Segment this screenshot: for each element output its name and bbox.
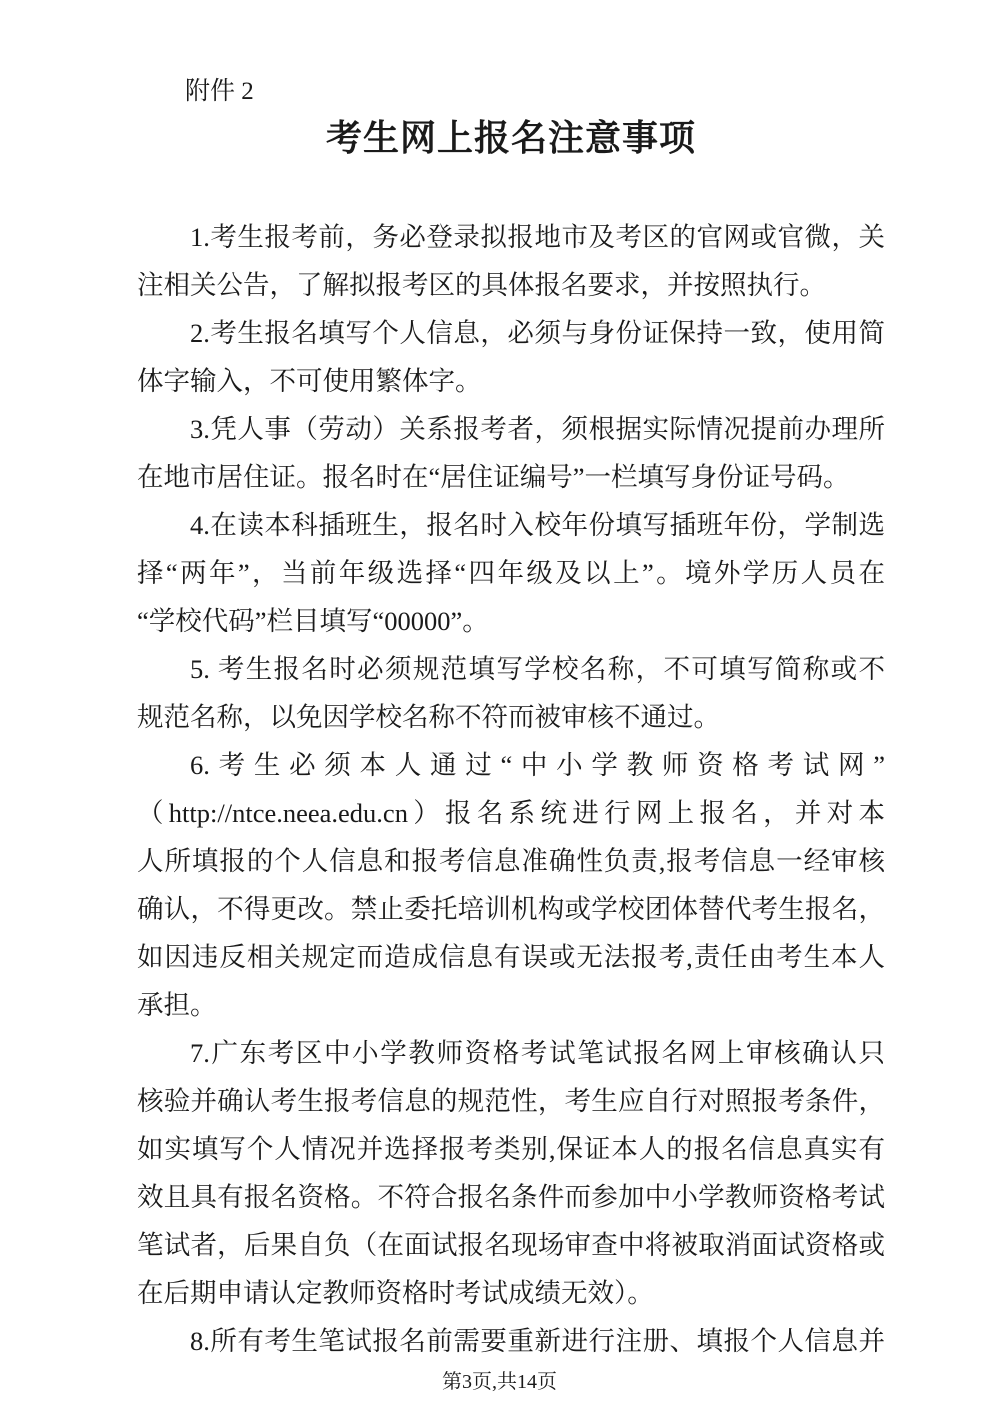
body-line-9: “学校代码”栏目填写“00000”。 [137, 597, 885, 645]
body-line-23: 在后期申请认定教师资格时考试成绩无效）。 [137, 1269, 885, 1317]
document-body: 1.考生报考前，务必登录拟报地市及考区的官网或官微，关 注相关公告，了解拟报考区… [137, 213, 885, 1365]
body-line-15: 确认，不得更改。禁止委托培训机构或学校团体替代考生报名， [137, 885, 885, 933]
body-line-7: 4.在读本科插班生，报名时入校年份填写插班年份，学制选 [137, 501, 885, 549]
body-line-17: 承担。 [137, 981, 885, 1029]
body-line-3: 2.考生报名填写个人信息，必须与身份证保持一致，使用简 [137, 309, 885, 357]
document-page: 附件 2 考生网上报名注意事项 1.考生报考前，务必登录拟报地市及考区的官网或官… [0, 0, 999, 1412]
body-line-8: 择“两年”，当前年级选择“四年级及以上”。境外学历人员在 [137, 549, 885, 597]
body-line-12: 6.考生必须本人通过“中小学教师资格考试网” [137, 741, 885, 789]
body-line-24: 8.所有考生笔试报名前需要重新进行注册、填报个人信息并 [137, 1317, 885, 1365]
body-line-13: （http://ntce.neea.edu.cn）报名系统进行网上报名，并对本 [137, 789, 885, 837]
body-line-2: 注相关公告，了解拟报考区的具体报名要求，并按照执行。 [137, 261, 885, 309]
body-line-21: 效且具有报名资格。不符合报名条件而参加中小学教师资格考试 [137, 1173, 885, 1221]
body-line-4: 体字输入，不可使用繁体字。 [137, 357, 885, 405]
body-line-1: 1.考生报考前，务必登录拟报地市及考区的官网或官微，关 [137, 213, 885, 261]
body-line-19: 核验并确认考生报考信息的规范性，考生应自行对照报考条件， [137, 1077, 885, 1125]
attachment-label: 附件 2 [185, 76, 254, 108]
body-line-20: 如实填写个人情况并选择报考类别,保证本人的报名信息真实有 [137, 1125, 885, 1173]
body-line-10: 5. 考生报名时必须规范填写学校名称，不可填写简称或不 [137, 645, 885, 693]
body-line-22: 笔试者，后果自负（在面试报名现场审查中将被取消面试资格或 [137, 1221, 885, 1269]
body-line-14: 人所填报的个人信息和报考信息准确性负责,报考信息一经审核 [137, 837, 885, 885]
page-number-footer: 第3页,共14页 [0, 1368, 999, 1396]
body-line-16: 如因违反相关规定而造成信息有误或无法报考,责任由考生本人 [137, 933, 885, 981]
body-line-11: 规范名称，以免因学校名称不符而被审核不通过。 [137, 693, 885, 741]
document-title: 考生网上报名注意事项 [137, 110, 885, 166]
body-line-6: 在地市居住证。报名时在“居住证编号”一栏填写身份证号码。 [137, 453, 885, 501]
body-line-18: 7.广东考区中小学教师资格考试笔试报名网上审核确认只 [137, 1029, 885, 1077]
body-line-5: 3.凭人事（劳动）关系报考者，须根据实际情况提前办理所 [137, 405, 885, 453]
